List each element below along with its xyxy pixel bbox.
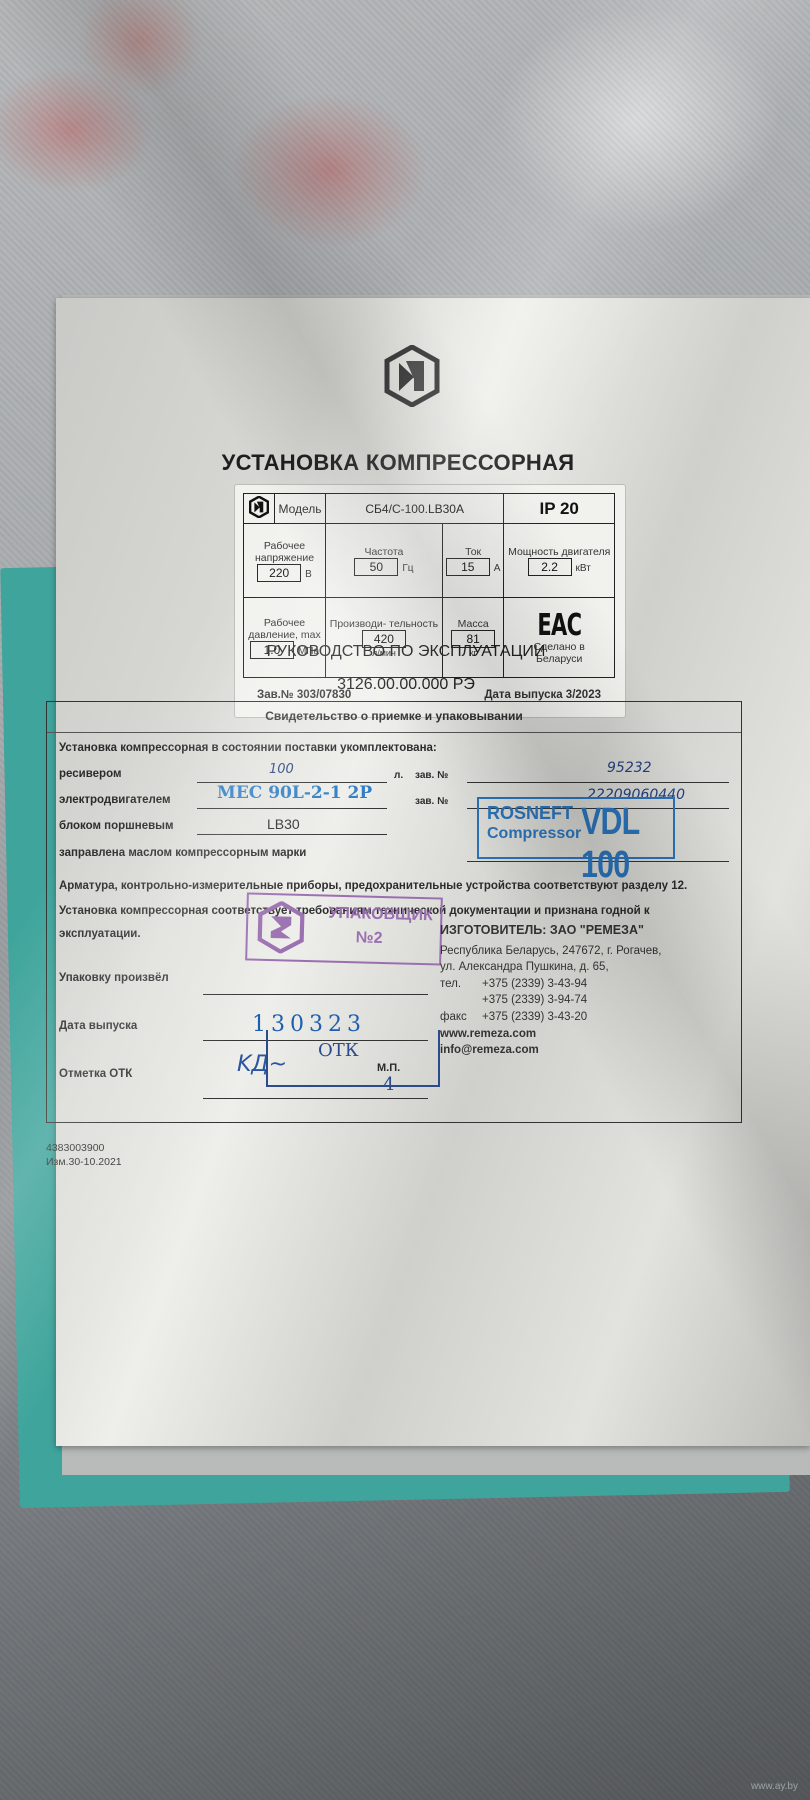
mass-label: Масса	[445, 618, 502, 630]
watermark: www.ay.by	[751, 1781, 798, 1792]
frequency-value: 50	[354, 558, 398, 576]
current-cell: Ток 15А	[442, 524, 504, 598]
packer-stamp-title: УПАКОВЩИК	[328, 905, 433, 926]
fax-label: факс	[440, 1009, 482, 1026]
otk-stamp-text: ОТК	[318, 1040, 359, 1061]
document-code: 4383003900	[46, 1142, 104, 1154]
motor-model-stamp: МЕС 90L-2-1 2Р	[217, 783, 372, 803]
model-value: СБ4/С-100.LB30A	[326, 494, 504, 524]
release-date-label: Дата выпуска	[59, 1020, 137, 1032]
packer-stamp-number: №2	[356, 929, 383, 948]
oil-stamp-grade: VDL 100	[581, 801, 655, 887]
tel-label: тел.	[440, 976, 482, 993]
manufacturer-info: ИЗГОТОВИТЕЛЬ: ЗАО "РЕМЕЗА" Республика Бе…	[440, 922, 661, 1059]
pressure-cell: Рабочее давление, max 1.0МПа	[244, 598, 326, 678]
certificate-title: Свидетельство о приемке и упаковывании	[47, 709, 741, 723]
voltage-label: Рабочее напряжение	[246, 540, 323, 564]
manufacturer-address-2: ул. Александра Пушкина, д. 65,	[440, 959, 661, 976]
packed-by-label: Упаковку произвёл	[59, 972, 169, 984]
mass-cell: Масса 81 кг	[442, 598, 504, 678]
manufacturer-address-1: Республика Беларусь, 247672, г. Рогачев,	[440, 943, 661, 960]
document-title: УСТАНОВКА КОМПРЕССОРНАЯ	[21, 450, 775, 476]
eac-cell: EAC Сделано в Беларуси	[504, 598, 615, 678]
block-label: блоком поршневым	[59, 820, 174, 832]
frequency-label: Частота	[328, 546, 440, 558]
fax-number: +375 (2339) 3-43-20	[482, 1011, 587, 1023]
current-unit: А	[494, 563, 501, 574]
packer-stamp: УПАКОВЩИК №2	[245, 892, 443, 965]
pressure-label: Рабочее давление, max	[246, 617, 323, 641]
remeza-logo-icon	[384, 345, 440, 407]
power-cell: Мощность двигателя 2.2кВт	[504, 524, 615, 598]
oil-brand-stamp: ROSNEFT Compressor VDL 100	[477, 797, 675, 859]
tel-1: +375 (2339) 3-43-94	[482, 978, 587, 990]
capacity-label: Производи- тельность	[328, 618, 440, 630]
voltage-cell: Рабочее напряжение 220В	[244, 524, 326, 598]
compliance-text-3: эксплуатации.	[59, 928, 141, 940]
power-unit: кВт	[576, 563, 591, 574]
oil-stamp-line2: Compressor	[487, 825, 581, 843]
power-label: Мощность двигателя	[506, 546, 612, 558]
manual-title: РУКОВОДСТВО ПО ЭКСПЛУАТАЦИИ	[29, 643, 783, 661]
manual-code: 3126.00.00.000 РЭ	[29, 676, 783, 694]
current-label: Ток	[445, 546, 502, 558]
capacity-cell: Производи- тельность 420 л/мин	[326, 598, 443, 678]
eac-mark-icon: EAC	[537, 611, 581, 641]
model-label: Модель	[275, 494, 326, 524]
remeza-logo-icon	[255, 901, 306, 954]
oil-label: заправлена маслом компрессорным марки	[59, 847, 306, 859]
receiver-serial-label: зав. №	[415, 770, 448, 781]
manufacturer-heading: ИЗГОТОВИТЕЛЬ: ЗАО "РЕМЕЗА"	[440, 922, 661, 939]
current-value: 15	[446, 558, 490, 576]
motor-label: электродвигателем	[59, 794, 170, 806]
compliance-text-1: Арматура, контрольно-измерительные прибо…	[59, 880, 687, 892]
otk-stamp: ОТК	[266, 1030, 440, 1087]
voltage-unit: В	[305, 569, 312, 580]
acceptance-certificate: Свидетельство о приемке и упаковывании У…	[46, 701, 742, 1123]
mp-number: 4	[383, 1074, 394, 1095]
frequency-unit: Гц	[402, 563, 413, 574]
email-link[interactable]: info@remeza.com	[440, 1042, 661, 1059]
revision-date: Изм.30-10.2021	[46, 1156, 122, 1168]
receiver-volume: 100	[269, 762, 294, 777]
otk-label: Отметка ОТК	[59, 1068, 132, 1080]
receiver-unit: л.	[394, 770, 403, 781]
receiver-label: ресивером	[59, 768, 121, 780]
mp-label: М.П.	[377, 1062, 400, 1074]
website-link[interactable]: www.remeza.com	[440, 1026, 661, 1043]
power-value: 2.2	[528, 558, 572, 576]
remeza-logo-icon	[249, 496, 269, 518]
voltage-value: 220	[257, 564, 301, 582]
ip-rating: IP 20	[504, 494, 615, 524]
oil-stamp-line1: ROSNEFT	[487, 803, 573, 824]
receiver-serial: 95232	[607, 760, 652, 776]
tel-2: +375 (2339) 3-94-74	[482, 994, 587, 1006]
block-value: LB30	[267, 816, 300, 832]
certificate-intro: Установка компрессорная в состоянии пост…	[59, 742, 437, 754]
motor-serial-label: зав. №	[415, 796, 448, 807]
label-logo-cell	[244, 494, 275, 524]
manual-cover-page: УСТАНОВКА КОМПРЕССОРНАЯ Модель СБ4/С-100…	[56, 298, 810, 1446]
frequency-cell: Частота 50Гц	[326, 524, 443, 598]
